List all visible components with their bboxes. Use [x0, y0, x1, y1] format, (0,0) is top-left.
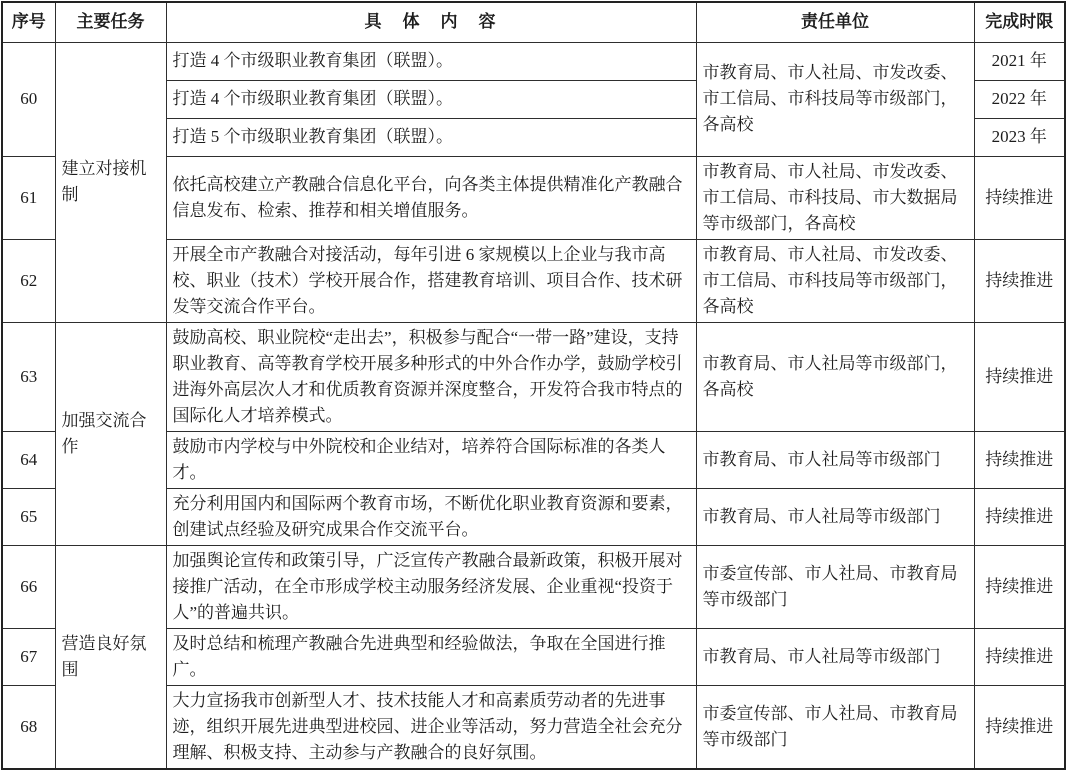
unit-cell: 市教育局、市人社局等市级部门 [696, 488, 974, 545]
deadline-cell: 持续推进 [974, 239, 1065, 322]
deadline-cell: 持续推进 [974, 628, 1065, 685]
unit-cell: 市教育局、市人社局、市发改委、市工信局、市科技局等市级部门，各高校 [696, 42, 974, 156]
content-cell: 打造 5 个市级职业教育集团（联盟）。 [166, 118, 696, 156]
row-number-cell: 68 [2, 685, 55, 737]
unit-cell: 市委宣传部、市人社局、市教育局等市级部门 [696, 545, 974, 628]
row-number-cell: 60 [2, 42, 55, 156]
header-no: 序号 [2, 2, 55, 42]
row-number-cell: 66 [2, 545, 55, 628]
task-group-cell: 营造良好氛围 [55, 545, 166, 737]
task-schedule-table: 序号 主要任务 具 体 内 容 责任单位 完成时限 60 建立对接机制 打造 4… [1, 1, 1066, 737]
row-number-cell: 64 [2, 431, 55, 488]
row-number-cell: 67 [2, 628, 55, 685]
header-deadline: 完成时限 [974, 2, 1065, 42]
row-number-cell: 61 [2, 156, 55, 239]
content-cell: 打造 4 个市级职业教育集团（联盟）。 [166, 80, 696, 118]
deadline-cell: 持续推进 [974, 322, 1065, 431]
task-group-cell: 建立对接机制 [55, 42, 166, 322]
content-cell: 依托高校建立产教融合信息化平台，向各类主体提供精准化产教融合信息发布、检索、推荐… [166, 156, 696, 239]
deadline-cell: 持续推进 [974, 685, 1065, 737]
deadline-cell: 持续推进 [974, 431, 1065, 488]
deadline-cell: 2023 年 [974, 118, 1065, 156]
content-cell: 大力宣扬我市创新型人才、技术技能人才和高素质劳动者的先进事迹，组织开展先进典型进… [166, 685, 696, 737]
unit-cell: 市教育局、市人社局、市发改委、市工信局、市科技局、市大数据局等市级部门，各高校 [696, 156, 974, 239]
table-row: 63 加强交流合作 鼓励高校、职业院校“走出去”，积极参与配合“一带一路”建设，… [2, 322, 1065, 431]
unit-cell: 市教育局、市人社局等市级部门 [696, 628, 974, 685]
header-task: 主要任务 [55, 2, 166, 42]
row-number-cell: 63 [2, 322, 55, 431]
deadline-cell: 2021 年 [974, 42, 1065, 80]
table-row: 66 营造良好氛围 加强舆论宣传和政策引导，广泛宣传产教融合最新政策，积极开展对… [2, 545, 1065, 628]
unit-cell: 市教育局、市人社局、市发改委、市工信局、市科技局等市级部门，各高校 [696, 239, 974, 322]
deadline-cell: 2022 年 [974, 80, 1065, 118]
header-unit: 责任单位 [696, 2, 974, 42]
unit-cell: 市教育局、市人社局等市级部门 [696, 431, 974, 488]
row-number-cell: 65 [2, 488, 55, 545]
content-cell: 加强舆论宣传和政策引导，广泛宣传产教融合最新政策，积极开展对接推广活动，在全市形… [166, 545, 696, 628]
content-cell: 充分利用国内和国际两个教育市场，不断优化职业教育资源和要素，创建试点经验及研究成… [166, 488, 696, 545]
deadline-cell: 持续推进 [974, 488, 1065, 545]
content-cell: 开展全市产教融合对接活动，每年引进 6 家规模以上企业与我市高校、职业（技术）学… [166, 239, 696, 322]
unit-cell: 市委宣传部、市人社局、市教育局等市级部门 [696, 685, 974, 737]
task-group-cell: 加强交流合作 [55, 322, 166, 545]
table-header-row: 序号 主要任务 具 体 内 容 责任单位 完成时限 [2, 2, 1065, 42]
deadline-cell: 持续推进 [974, 545, 1065, 628]
table-row: 60 建立对接机制 打造 4 个市级职业教育集团（联盟）。 市教育局、市人社局、… [2, 42, 1065, 80]
row-number-cell: 62 [2, 239, 55, 322]
content-cell: 鼓励高校、职业院校“走出去”，积极参与配合“一带一路”建设，支持职业教育、高等教… [166, 322, 696, 431]
content-cell: 及时总结和梳理产教融合先进典型和经验做法，争取在全国进行推广。 [166, 628, 696, 685]
unit-cell: 市教育局、市人社局等市级部门，各高校 [696, 322, 974, 431]
header-content: 具 体 内 容 [166, 2, 696, 42]
content-cell: 鼓励市内学校与中外院校和企业结对，培养符合国际标准的各类人才。 [166, 431, 696, 488]
content-cell: 打造 4 个市级职业教育集团（联盟）。 [166, 42, 696, 80]
deadline-cell: 持续推进 [974, 156, 1065, 239]
